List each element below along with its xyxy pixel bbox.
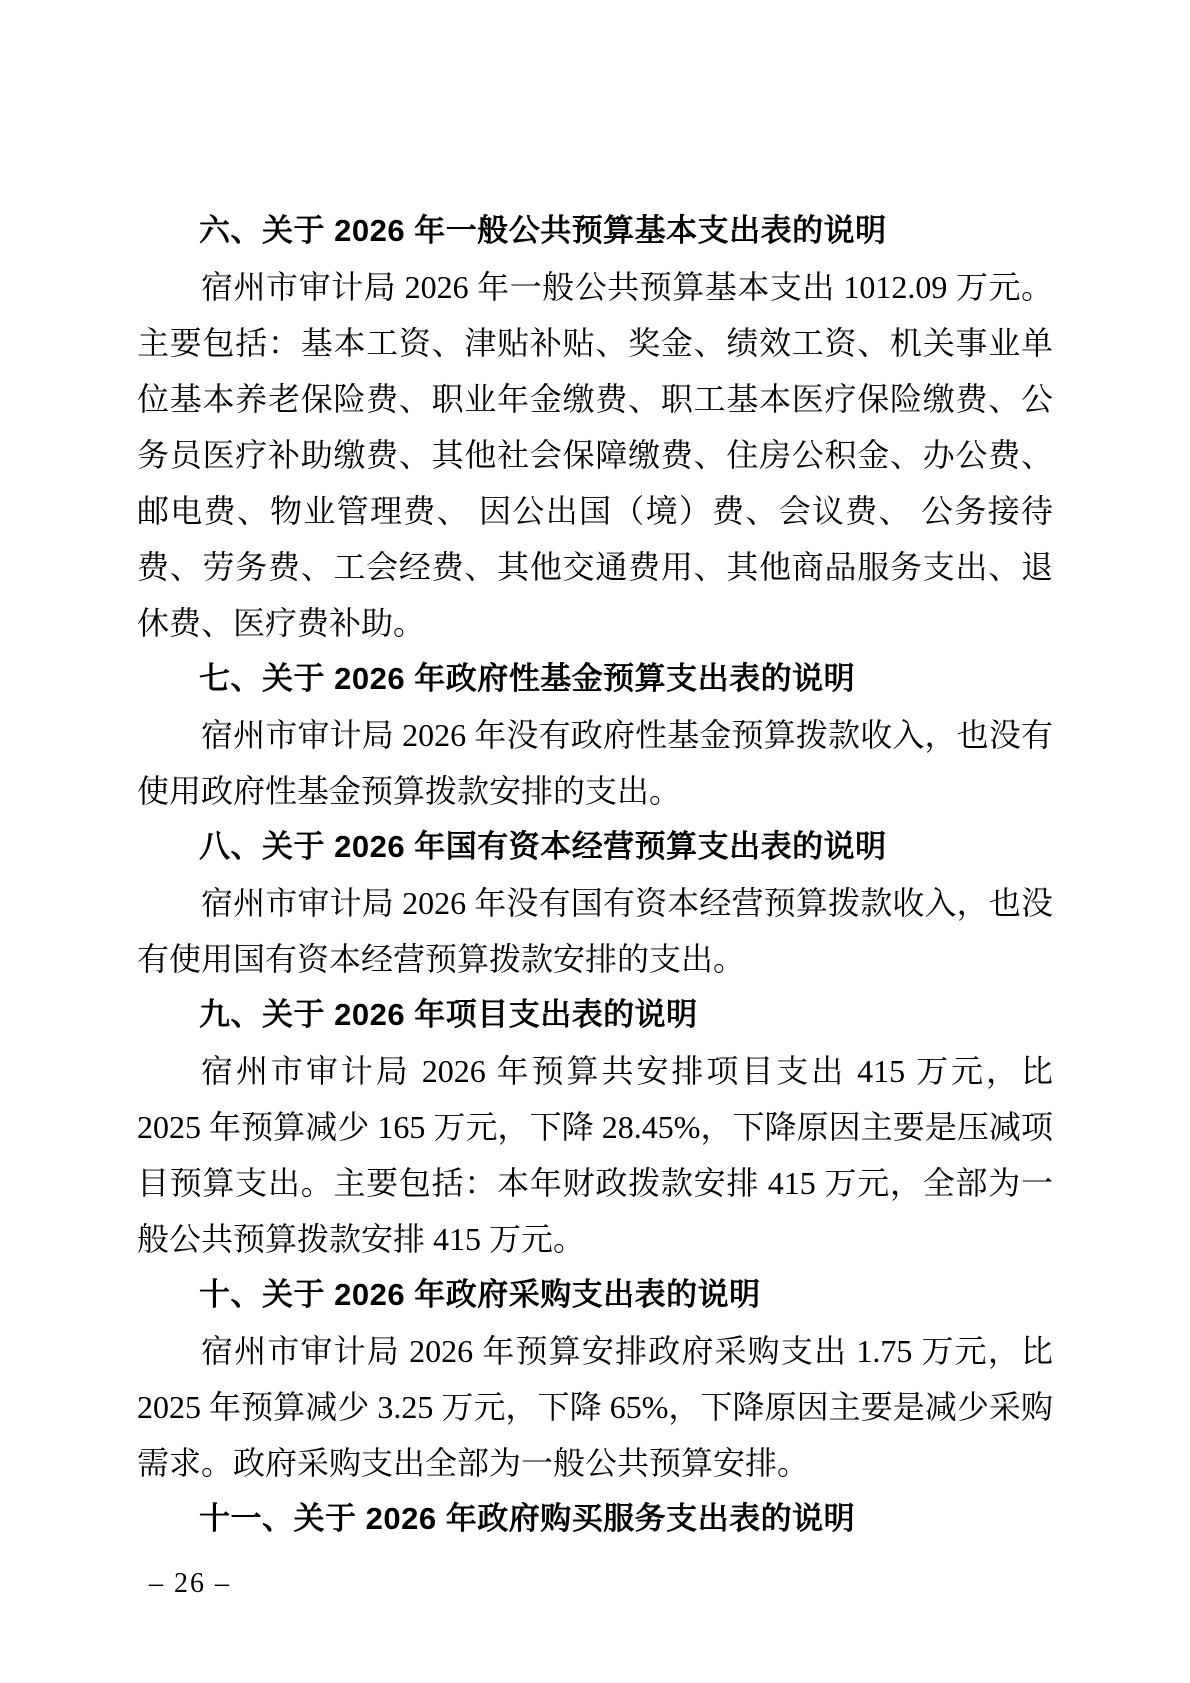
section-paragraph-basic-expenditure: 宿州市审计局 2026 年一般公共预算基本支出 1012.09 万元。主要包括：…	[137, 259, 1053, 651]
section-heading-state-capital-budget: 八、关于 2026 年国有资本经营预算支出表的说明	[137, 819, 1053, 875]
section-heading-govt-fund-budget: 七、关于 2026 年政府性基金预算支出表的说明	[137, 651, 1053, 707]
section-paragraph-state-capital-budget: 宿州市审计局 2026 年没有国有资本经营预算拨款收入，也没有使用国有资本经营预…	[137, 875, 1053, 987]
section-paragraph-project-expenditure: 宿州市审计局 2026 年预算共安排项目支出 415 万元，比 2025 年预算…	[137, 1043, 1053, 1267]
page-number: – 26 –	[149, 1568, 231, 1600]
section-paragraph-govt-fund-budget: 宿州市审计局 2026 年没有政府性基金预算拨款收入，也没有使用政府性基金预算拨…	[137, 707, 1053, 819]
section-paragraph-govt-procurement: 宿州市审计局 2026 年预算安排政府采购支出 1.75 万元，比 2025 年…	[137, 1323, 1053, 1491]
section-heading-govt-purchased-services: 十一、关于 2026 年政府购买服务支出表的说明	[137, 1491, 1053, 1547]
document-body: 六、关于 2026 年一般公共预算基本支出表的说明 宿州市审计局 2026 年一…	[137, 203, 1053, 1547]
document-page: 六、关于 2026 年一般公共预算基本支出表的说明 宿州市审计局 2026 年一…	[0, 0, 1190, 1683]
section-heading-govt-procurement: 十、关于 2026 年政府采购支出表的说明	[137, 1267, 1053, 1323]
section-heading-project-expenditure: 九、关于 2026 年项目支出表的说明	[137, 987, 1053, 1043]
section-heading-basic-expenditure: 六、关于 2026 年一般公共预算基本支出表的说明	[137, 203, 1053, 259]
